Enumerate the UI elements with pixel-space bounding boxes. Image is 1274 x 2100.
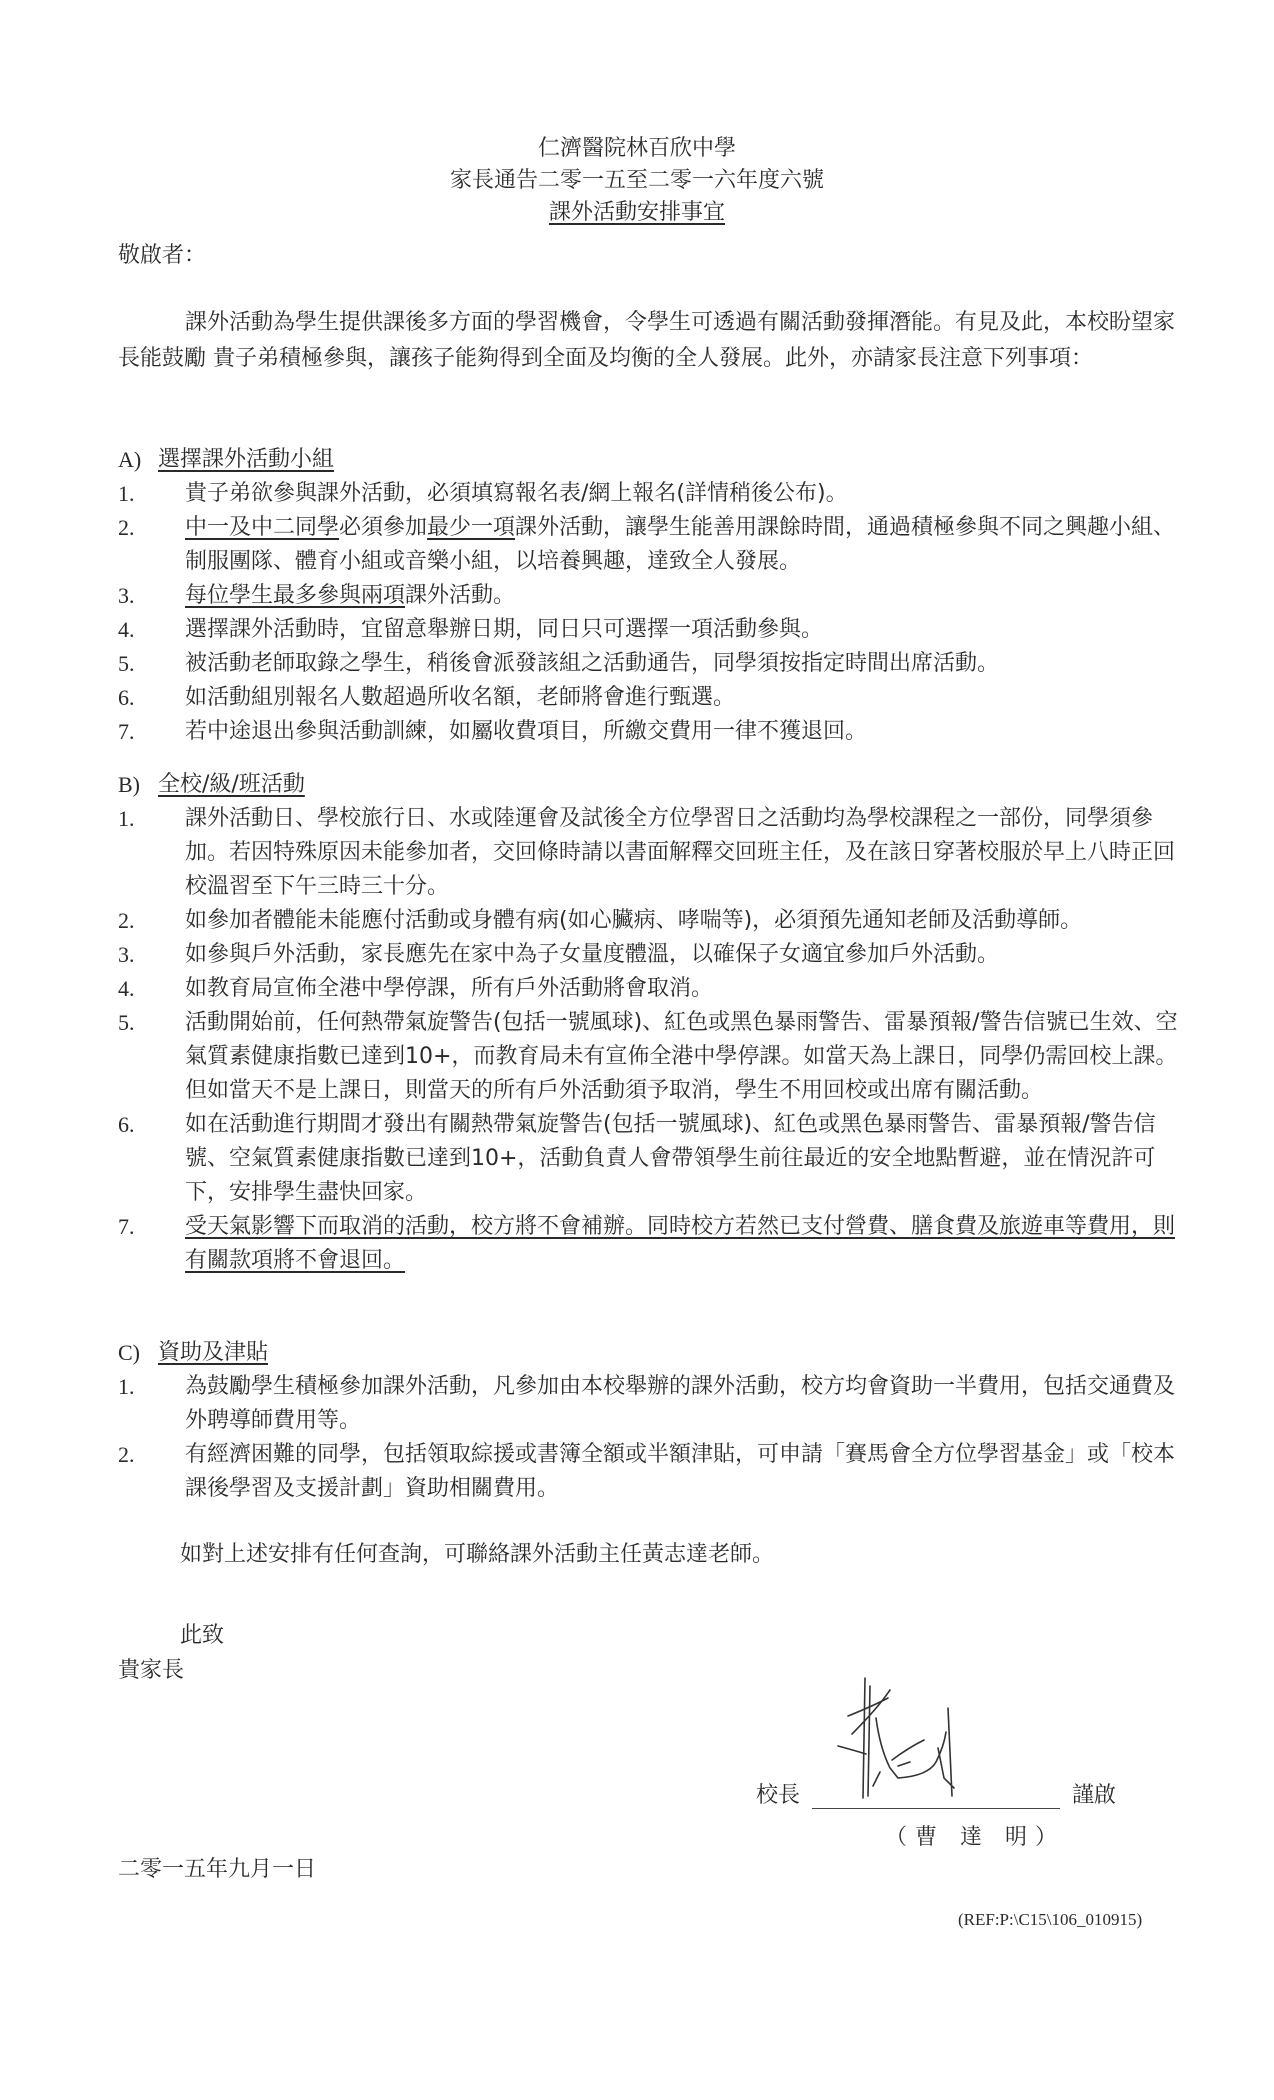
reference-code: (REF:P:\C15\106_010915) (958, 1910, 1142, 1930)
item-number: 3. (118, 579, 185, 613)
item-text-part: 必須參加 (339, 515, 427, 540)
item-text: 選擇課外活動時，宜留意舉辦日期，同日只可選擇一項活動參與。 (185, 613, 1180, 647)
principal-name: （曹 達 明） (885, 1820, 1065, 1851)
inquiry-note: 如對上述安排有任何查詢，可聯絡課外活動主任黃志達老師。 (180, 1537, 774, 1568)
emphasized-text: 中一及中二同學 (185, 515, 339, 540)
item-text: 為鼓勵學生積極參加課外活動，凡參加由本校舉辦的課外活動，校方均會資助一半費用，包… (185, 1370, 1180, 1438)
item-number: 2. (118, 904, 185, 938)
item-text-part: 如活動組別報名人數超過所收名額，老師將會進行甄選。 (185, 685, 735, 710)
list-item: 1.課外活動日、學校旅行日、水或陸運會及試後全方位學習日之活動均為學校課程之一部… (118, 802, 1180, 904)
item-text-part: 課外活動。 (405, 583, 515, 608)
item-text: 受天氣影響下而取消的活動，校方將不會補辦。同時校方若然已支付營費、膳食費及旅遊車… (185, 1210, 1180, 1278)
item-number: 7. (118, 1210, 185, 1278)
item-text-part: 如參與戶外活動，家長應先在家中為子女量度體溫，以確保子女適宜參加戶外活動。 (185, 942, 999, 967)
item-text-part: 有經濟困難的同學，包括領取綜援或書簿全額或半額津貼，可申請「賽馬會全方位學習基金… (185, 1442, 1175, 1501)
item-text: 活動開始前，任何熱帶氣旋警告(包括一號風球)、紅色或黑色暴雨警告、雷暴預報/警告… (185, 1006, 1180, 1108)
item-number: 7. (118, 715, 185, 749)
list-item: 3.每位學生最多參與兩項課外活動。 (118, 579, 1180, 613)
notice-number: 家長通告二零一五至二零一六年度六號 (0, 165, 1274, 197)
list-item: 1.為鼓勵學生積極參加課外活動，凡參加由本校舉辦的課外活動，校方均會資助一半費用… (118, 1370, 1180, 1438)
item-text: 有經濟困難的同學，包括領取綜援或書簿全額或半額津貼，可申請「賽馬會全方位學習基金… (185, 1438, 1180, 1506)
item-number: 4. (118, 972, 185, 1006)
item-text-part: 為鼓勵學生積極參加課外活動，凡參加由本校舉辦的課外活動，校方均會資助一半費用，包… (185, 1374, 1175, 1433)
salutation: 敬啟者： (118, 238, 206, 269)
list-item: 2.中一及中二同學必須參加最少一項課外活動，讓學生能善用課餘時間，通過積極參與不… (118, 511, 1180, 579)
item-text-part: 被活動老師取錄之學生，稍後會派發該組之活動通告，同學須按指定時間出席活動。 (185, 651, 999, 676)
section-label: C) (118, 1336, 158, 1370)
item-text: 貴子弟欲參與課外活動，必須填寫報名表/網上報名(詳情稍後公布)。 (185, 477, 1180, 511)
item-text: 被活動老師取錄之學生，稍後會派發該組之活動通告，同學須按指定時間出席活動。 (185, 647, 1180, 681)
closing-line: 此致 (180, 1618, 224, 1649)
item-text: 課外活動日、學校旅行日、水或陸運會及試後全方位學習日之活動均為學校課程之一部份，… (185, 802, 1180, 904)
section-label: A) (118, 443, 158, 477)
item-number: 3. (118, 938, 185, 972)
section-heading: B)全校/級/班活動 (118, 768, 1180, 802)
list-item: 4.選擇課外活動時，宜留意舉辦日期，同日只可選擇一項活動參與。 (118, 613, 1180, 647)
section-title: 資助及津貼 (158, 1336, 268, 1370)
section-b: B)全校/級/班活動1.課外活動日、學校旅行日、水或陸運會及試後全方位學習日之活… (118, 768, 1180, 1278)
signature-suffix: 謹啟 (1072, 1778, 1116, 1809)
item-text-part: 貴子弟欲參與課外活動，必須填寫報名表/網上報名(詳情稍後公布)。 (185, 481, 848, 506)
item-text: 若中途退出參與活動訓練，如屬收費項目，所繳交費用一律不獲退回。 (185, 715, 1180, 749)
list-item: 6.如在活動進行期間才發出有關熱帶氣旋警告(包括一號風球)、紅色或黑色暴雨警告、… (118, 1108, 1180, 1210)
item-number: 1. (118, 477, 185, 511)
parent-notice-page: 仁濟醫院林百欣中學 家長通告二零一五至二零一六年度六號 課外活動安排事宜 敬啟者… (0, 0, 1274, 2100)
notice-date: 二零一五年九月一日 (118, 1852, 316, 1883)
item-text-part: 活動開始前，任何熱帶氣旋警告(包括一號風球)、紅色或黑色暴雨警告、雷暴預報/警告… (185, 1010, 1178, 1103)
list-item: 3.如參與戶外活動，家長應先在家中為子女量度體溫，以確保子女適宜參加戶外活動。 (118, 938, 1180, 972)
list-item: 6.如活動組別報名人數超過所收名額，老師將會進行甄選。 (118, 681, 1180, 715)
intro-paragraph: 課外活動為學生提供課後多方面的學習機會，令學生可透過有關活動發揮潛能。有見及此，… (118, 305, 1178, 377)
section-c: C)資助及津貼1.為鼓勵學生積極參加課外活動，凡參加由本校舉辦的課外活動，校方均… (118, 1336, 1180, 1506)
section-heading: A)選擇課外活動小組 (118, 443, 1180, 477)
item-number: 6. (118, 681, 185, 715)
item-text: 每位學生最多參與兩項課外活動。 (185, 579, 1180, 613)
item-text: 如活動組別報名人數超過所收名額，老師將會進行甄選。 (185, 681, 1180, 715)
item-text: 如在活動進行期間才發出有關熱帶氣旋警告(包括一號風球)、紅色或黑色暴雨警告、雷暴… (185, 1108, 1180, 1210)
signature-line (812, 1784, 1060, 1809)
section-title: 全校/級/班活動 (158, 768, 305, 802)
section-label: B) (118, 768, 158, 802)
notice-subject: 課外活動安排事宜 (549, 200, 725, 225)
item-text-part: 若中途退出參與活動訓練，如屬收費項目，所繳交費用一律不獲退回。 (185, 719, 867, 744)
item-text-part: 如在活動進行期間才發出有關熱帶氣旋警告(包括一號風球)、紅色或黑色暴雨警告、雷暴… (185, 1112, 1156, 1205)
section-a: A)選擇課外活動小組1.貴子弟欲參與課外活動，必須填寫報名表/網上報名(詳情稍後… (118, 443, 1180, 749)
recipient-line: 貴家長 (118, 1653, 184, 1684)
list-item: 5.被活動老師取錄之學生，稍後會派發該組之活動通告，同學須按指定時間出席活動。 (118, 647, 1180, 681)
item-number: 1. (118, 802, 185, 904)
list-item: 2.有經濟困難的同學，包括領取綜援或書簿全額或半額津貼，可申請「賽馬會全方位學習… (118, 1438, 1180, 1506)
section-title: 選擇課外活動小組 (158, 443, 334, 477)
item-number: 4. (118, 613, 185, 647)
notice-header: 仁濟醫院林百欣中學 家長通告二零一五至二零一六年度六號 課外活動安排事宜 (0, 133, 1274, 229)
item-text: 如教育局宣佈全港中學停課，所有戶外活動將會取消。 (185, 972, 1180, 1006)
list-item: 1.貴子弟欲參與課外活動，必須填寫報名表/網上報名(詳情稍後公布)。 (118, 477, 1180, 511)
school-name: 仁濟醫院林百欣中學 (0, 133, 1274, 165)
section-heading: C)資助及津貼 (118, 1336, 1180, 1370)
item-number: 2. (118, 511, 185, 579)
emphasized-text: 每位學生最多參與兩項 (185, 583, 405, 608)
signature-row: 校長 謹啟 (756, 1778, 1116, 1809)
item-number: 5. (118, 1006, 185, 1108)
item-text-part: 如參加者體能未能應付活動或身體有病(如心臟病、哮喘等)，必須預先通知老師及活動導… (185, 908, 1082, 933)
emphasized-text: 最少一項 (427, 515, 515, 540)
item-text-part: 課外活動日、學校旅行日、水或陸運會及試後全方位學習日之活動均為學校課程之一部份，… (185, 806, 1175, 899)
list-item: 5.活動開始前，任何熱帶氣旋警告(包括一號風球)、紅色或黑色暴雨警告、雷暴預報/… (118, 1006, 1180, 1108)
list-item: 4.如教育局宣佈全港中學停課，所有戶外活動將會取消。 (118, 972, 1180, 1006)
list-item: 2.如參加者體能未能應付活動或身體有病(如心臟病、哮喘等)，必須預先通知老師及活… (118, 904, 1180, 938)
item-text-part: 如教育局宣佈全港中學停課，所有戶外活動將會取消。 (185, 976, 713, 1001)
list-item: 7.若中途退出參與活動訓練，如屬收費項目，所繳交費用一律不獲退回。 (118, 715, 1180, 749)
item-number: 2. (118, 1438, 185, 1506)
item-number: 5. (118, 647, 185, 681)
principal-title: 校長 (756, 1778, 800, 1809)
emphasized-text: 受天氣影響下而取消的活動，校方將不會補辦。同時校方若然已支付營費、膳食費及旅遊車… (185, 1214, 1175, 1273)
item-text-part: 選擇課外活動時，宜留意舉辦日期，同日只可選擇一項活動參與。 (185, 617, 823, 642)
item-number: 6. (118, 1108, 185, 1210)
item-text: 如參與戶外活動，家長應先在家中為子女量度體溫，以確保子女適宜參加戶外活動。 (185, 938, 1180, 972)
item-number: 1. (118, 1370, 185, 1438)
item-text: 中一及中二同學必須參加最少一項課外活動，讓學生能善用課餘時間，通過積極參與不同之… (185, 511, 1180, 579)
list-item: 7.受天氣影響下而取消的活動，校方將不會補辦。同時校方若然已支付營費、膳食費及旅… (118, 1210, 1180, 1278)
item-text: 如參加者體能未能應付活動或身體有病(如心臟病、哮喘等)，必須預先通知老師及活動導… (185, 904, 1180, 938)
